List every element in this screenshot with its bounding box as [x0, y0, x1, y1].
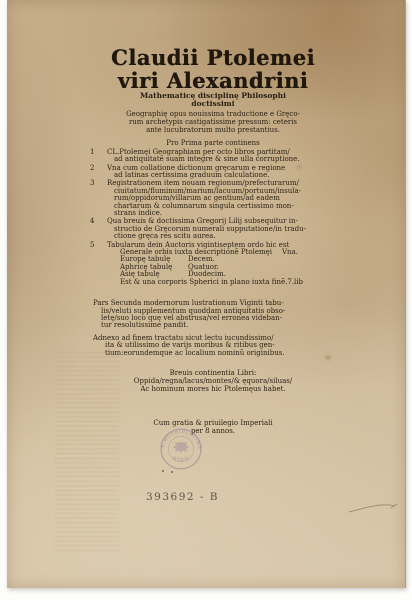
list-item: 1 CL.Ptolemęi Geographiam per octo libro…	[87, 149, 339, 164]
intro-paragraph: Geographię opus nouissima traductione e …	[87, 111, 339, 134]
list-item: 3 Registrationem item nouam regionum/pre…	[87, 180, 339, 217]
main-title: Claudii Ptolemei viri Alexandrini	[87, 46, 339, 92]
book-page: Claudii Ptolemei viri Alexandrini Mathem…	[7, 0, 406, 588]
shelfmark-number: 393692 - B	[146, 491, 219, 503]
table-footer: Est & una corporis Spherici in plano iux…	[120, 279, 339, 286]
map-tables-list: Generale orbis iuxta descriptionẽ Ptolem…	[107, 249, 339, 286]
title-page-text: Claudii Ptolemei viri Alexandrini Mathem…	[87, 0, 339, 436]
part2-paragraph: Pars Secunda modernorum lustrationum Vig…	[87, 300, 339, 330]
item-number: 2	[87, 165, 107, 180]
breuis-block: Breuis continentia Libri: Oppida/regna/l…	[87, 370, 339, 393]
subtitle: Mathematicę disciplinę Philosophi doctis…	[87, 92, 339, 108]
ink-dots	[162, 470, 182, 474]
stamp-text-bottom: WIEN	[172, 455, 191, 463]
list-item: 2 Vna cum collatione dictionum gręcarum …	[87, 165, 339, 180]
title-line-1: Claudii Ptolemei	[87, 46, 339, 69]
pen-mark	[345, 496, 405, 522]
list-item: 4 Qua breuis & doctissima Gregorij Lilij…	[87, 218, 339, 240]
breuis-line: Ac hominum mores hic Ptolemęus habet.	[87, 386, 339, 394]
part1-heading: Pro Prima parte continens	[87, 140, 339, 147]
privilege-notice: Cum gratia & priuilegio Imperiali per 8 …	[87, 420, 339, 436]
privilege-line: per 8 annos.	[87, 428, 339, 436]
item-line: ctione gręca res scitu aurea.	[107, 233, 339, 240]
item-number: 4	[87, 218, 107, 240]
list-item: 5 Tabularum dein Auctoris vigintiseptem …	[87, 242, 339, 286]
item-number: 3	[87, 180, 107, 217]
contents-list: 1 CL.Ptolemęi Geographiam per octo libro…	[87, 149, 339, 286]
item-line: strans indice.	[107, 210, 339, 217]
svg-text:WIEN: WIEN	[172, 455, 191, 463]
adnexo-paragraph: Adnexo ad finem tractatu sicut lectu iuc…	[87, 335, 339, 357]
item-line: ad latinas certissima graduum calculatio…	[107, 172, 339, 179]
paragraph-line: tur resolutissime pandit.	[93, 322, 339, 329]
paragraph-line: tium:eorundemque ac localium nominũ orig…	[93, 350, 339, 357]
item-number: 1	[87, 149, 107, 164]
item-line: ad antiquitatẽ suam integre & sine ulla …	[107, 156, 339, 163]
subtitle-line: doctissimi	[87, 100, 339, 108]
title-line-2: viri Alexandrini	[87, 69, 339, 92]
double-eagle-icon	[173, 441, 189, 453]
intro-line: ante lucubratorum multo prestantius.	[87, 127, 339, 135]
table-count: Vna.	[282, 249, 298, 256]
library-stamp: K.K.HOFBIBLIOTHEK WIEN	[158, 426, 204, 476]
item-number: 5	[87, 242, 107, 286]
